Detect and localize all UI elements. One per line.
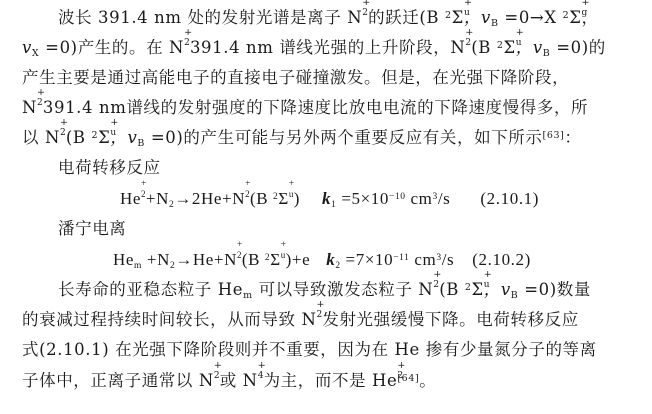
text: He	[113, 250, 134, 269]
section-label-penning-ionization: 潘宁电离	[58, 218, 126, 240]
text: He	[120, 189, 141, 208]
text: 产生主要是通过高能电子的直接电子碰撞激发。但是，在光强下降阶段，	[22, 68, 569, 87]
sub: B	[511, 290, 519, 301]
text: 的衰减过程持续时间较长，从而导致 N	[22, 310, 316, 329]
text: 391.4 nm谱线的发射强度的下降速度比放电电流的下降速度慢得多，所	[37, 98, 588, 117]
text: ：	[564, 128, 581, 147]
paragraph-1-line-5: 以 N+2 (B 2Σ+u，vB =0)的产生可能与另外两个重要反应有关，如下所…	[22, 127, 582, 149]
text: cm	[406, 189, 433, 208]
citation-63[interactable]: [63]	[543, 130, 565, 141]
sub: m	[243, 290, 253, 301]
paragraph-1-line-2: vX =0)产生的。在 N+2 391.4 nm 谱线光强的上升阶段，N+2 (…	[22, 37, 606, 59]
sup: 3	[433, 192, 438, 202]
sub: B	[543, 48, 551, 59]
sub: B	[491, 18, 499, 29]
sigma: Σ	[569, 8, 581, 27]
sigma: Σ	[278, 189, 289, 208]
sup: 2	[91, 130, 98, 141]
text: 式(2.10.1) 在光强下降阶段则并不重要，因为在 He 掺有少量氮分子的等离	[22, 340, 597, 359]
equation-number: (2.10.2)	[472, 250, 531, 269]
equation-2-10-2: Hem +N2→He+N+2 (B 2Σ+u )+ek2 =7×10−11 cm…	[113, 249, 531, 271]
sub: 2	[169, 200, 174, 210]
sigma: Σ	[270, 250, 281, 269]
exponent: −10	[389, 192, 406, 202]
text: /s	[438, 189, 451, 208]
sub: m	[134, 261, 142, 271]
text: /s	[442, 250, 455, 269]
text: 391.4 nm 谱线光强的上升阶段，N	[184, 38, 465, 57]
heading: 潘宁电离	[58, 219, 126, 238]
text: =0→X	[499, 8, 563, 27]
text: cm	[410, 250, 437, 269]
text: =0)数量	[518, 280, 591, 299]
text: 子体中，正离子通常以 N	[22, 371, 214, 390]
sub: 2	[335, 261, 340, 271]
sigma: Σ	[452, 8, 464, 27]
equation-2-10-1: He+2 +N2→2He+N+2 (B 2Σ+u )k1 =5×10−10 cm…	[120, 188, 539, 210]
text: 长寿命的亚稳态粒子 He	[58, 280, 243, 299]
sup: 3	[436, 253, 441, 263]
text: 。	[419, 371, 436, 390]
text: 可以导致激发态粒子 N	[253, 280, 434, 299]
citation-64[interactable]: [64]	[397, 373, 419, 384]
sub: 1	[331, 200, 336, 210]
paragraph-2-line-2: 的衰减过程持续时间较长，从而导致 N+2 发射光强缓慢下降。电荷转移反应	[22, 309, 579, 331]
sigma: Σ	[471, 280, 483, 299]
rate-k: k	[326, 250, 335, 269]
text: 发射光强缓慢下降。电荷转移反应	[316, 310, 578, 329]
text: 为主，而不是 He	[258, 371, 398, 390]
text: →He+N	[175, 250, 237, 269]
sigma: Σ	[98, 128, 110, 147]
sup: 2	[465, 282, 472, 293]
sub: B	[137, 138, 145, 149]
sigma: Σ	[503, 38, 515, 57]
rate-k: k	[322, 189, 331, 208]
paragraph-1-line-4: N+2 391.4 nm谱线的发射强度的下降速度比放电电流的下降速度慢得多，所	[22, 97, 588, 119]
sup: 2	[265, 253, 270, 263]
text: =0)的产生可能与另外两个重要反应有关，如下所示	[145, 128, 543, 147]
paragraph-2-line-3: 式(2.10.1) 在光强下降阶段则并不重要，因为在 He 掺有少量氮分子的等离	[22, 339, 597, 361]
text: +N	[142, 250, 170, 269]
text: =0)的	[550, 38, 606, 57]
sup: 2	[497, 40, 504, 51]
sup: 2	[273, 192, 278, 202]
text: →2He+N	[174, 189, 245, 208]
text: N	[22, 98, 37, 117]
text: 的跃迁(B	[362, 8, 445, 27]
text: =0)产生的。在 N	[39, 38, 184, 57]
paragraph-2-line-4: 子体中，正离子通常以 N+2 或 N+4 为主，而不是 He+2[64]。	[22, 370, 436, 392]
sub: 2	[170, 261, 175, 271]
exponent: −11	[393, 253, 409, 263]
paragraph-1-line-3: 产生主要是通过高能电子的直接电子碰撞激发。但是，在光强下降阶段，	[22, 67, 569, 89]
text: 以 N	[22, 128, 60, 147]
text: =5×10	[336, 189, 389, 208]
text: 波长 391.4 nm 处的发射光谱是离子 N	[58, 8, 362, 27]
text: v	[22, 38, 32, 57]
sub: X	[32, 48, 39, 59]
sup: 2	[563, 10, 570, 21]
text: =7×10	[341, 250, 394, 269]
sup: 2	[445, 10, 452, 21]
equation-number: (2.10.1)	[480, 189, 539, 208]
